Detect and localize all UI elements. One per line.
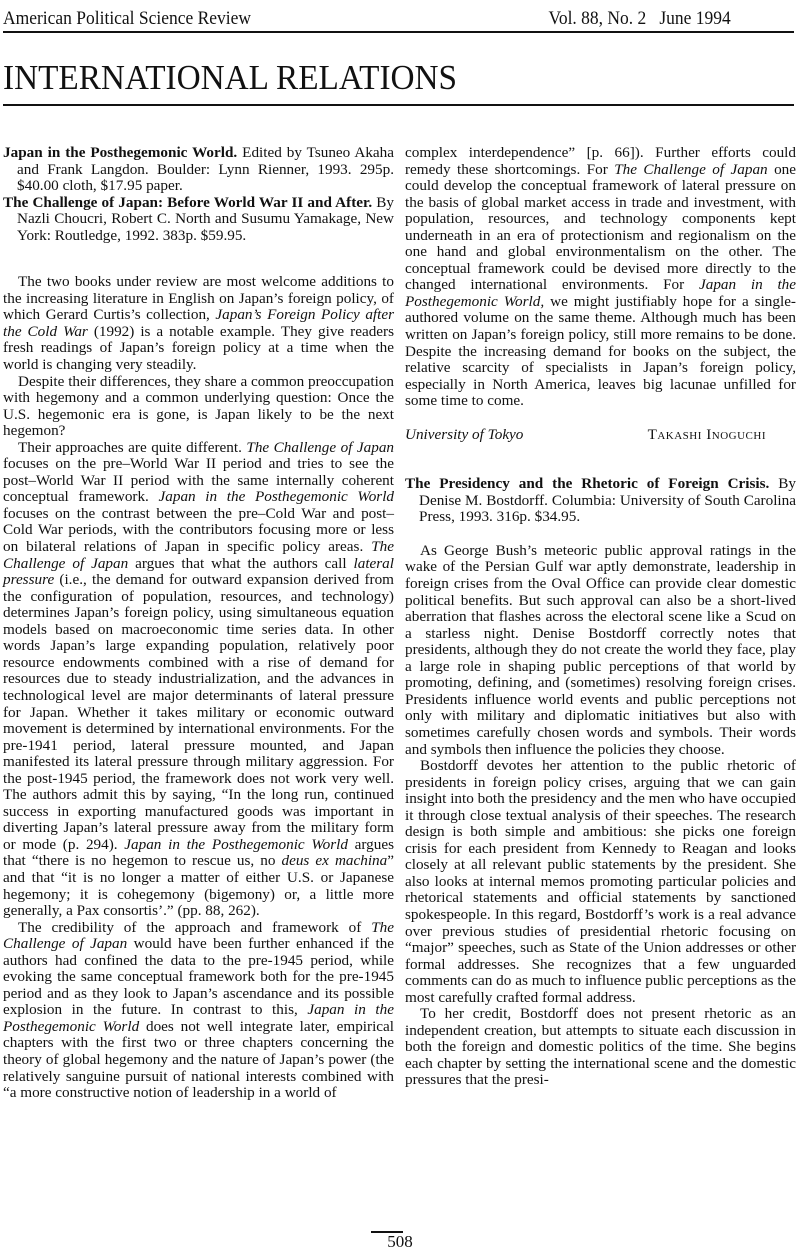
left-column: Japan in the Posthegemonic World. Edited… [3,145,394,1102]
right-column: complex interdependence” [p. 66]). Furth… [405,145,796,1089]
header-rule [3,31,794,33]
review-body-1-continued: complex interdependence” [p. 66]). Furth… [405,145,796,410]
review2-paragraph: To her credit, Bostdorff does not presen… [405,1006,796,1089]
section-rule [3,104,794,106]
book-title: Japan in the Posthegemonic World. [3,144,237,161]
review-body-1: The two books under review are most welc… [3,274,394,1101]
reviewer-name: Takashi Inoguchi [648,427,766,444]
journal-name: American Political Science Review [3,8,251,30]
book-citation-3: The Presidency and the Rhetoric of Forei… [405,476,796,526]
book-title: The Challenge of Japan: Before World War… [3,194,372,211]
review1-paragraph: Despite their differences, they share a … [3,374,394,440]
book-citation-1: Japan in the Posthegemonic World. Edited… [3,145,394,195]
reviewer-affiliation: University of Tokyo [405,427,523,444]
review2-paragraph: Bostdorff devotes her attention to the p… [405,758,796,1006]
page-number: 508 [0,1232,800,1252]
section-title: INTERNATIONAL RELATIONS [3,58,457,98]
issue-info: Vol. 88, No. 2 June 1994 [548,8,730,30]
review1-paragraph: Their approaches are quite different. Th… [3,440,394,920]
review1-paragraph: The two books under review are most welc… [3,274,394,373]
book-citation-2: The Challenge of Japan: Before World War… [3,195,394,245]
review2-paragraph: As George Bush’s meteoric public approva… [405,543,796,758]
reviewer-signature: University of Tokyo Takashi Inoguchi [405,427,796,444]
running-head: American Political Science Review Vol. 8… [3,4,731,30]
review1-paragraph: The credibility of the approach and fram… [3,920,394,1102]
book-title: The Presidency and the Rhetoric of Forei… [405,475,769,492]
review1-paragraph: complex interdependence” [p. 66]). Furth… [405,145,796,410]
